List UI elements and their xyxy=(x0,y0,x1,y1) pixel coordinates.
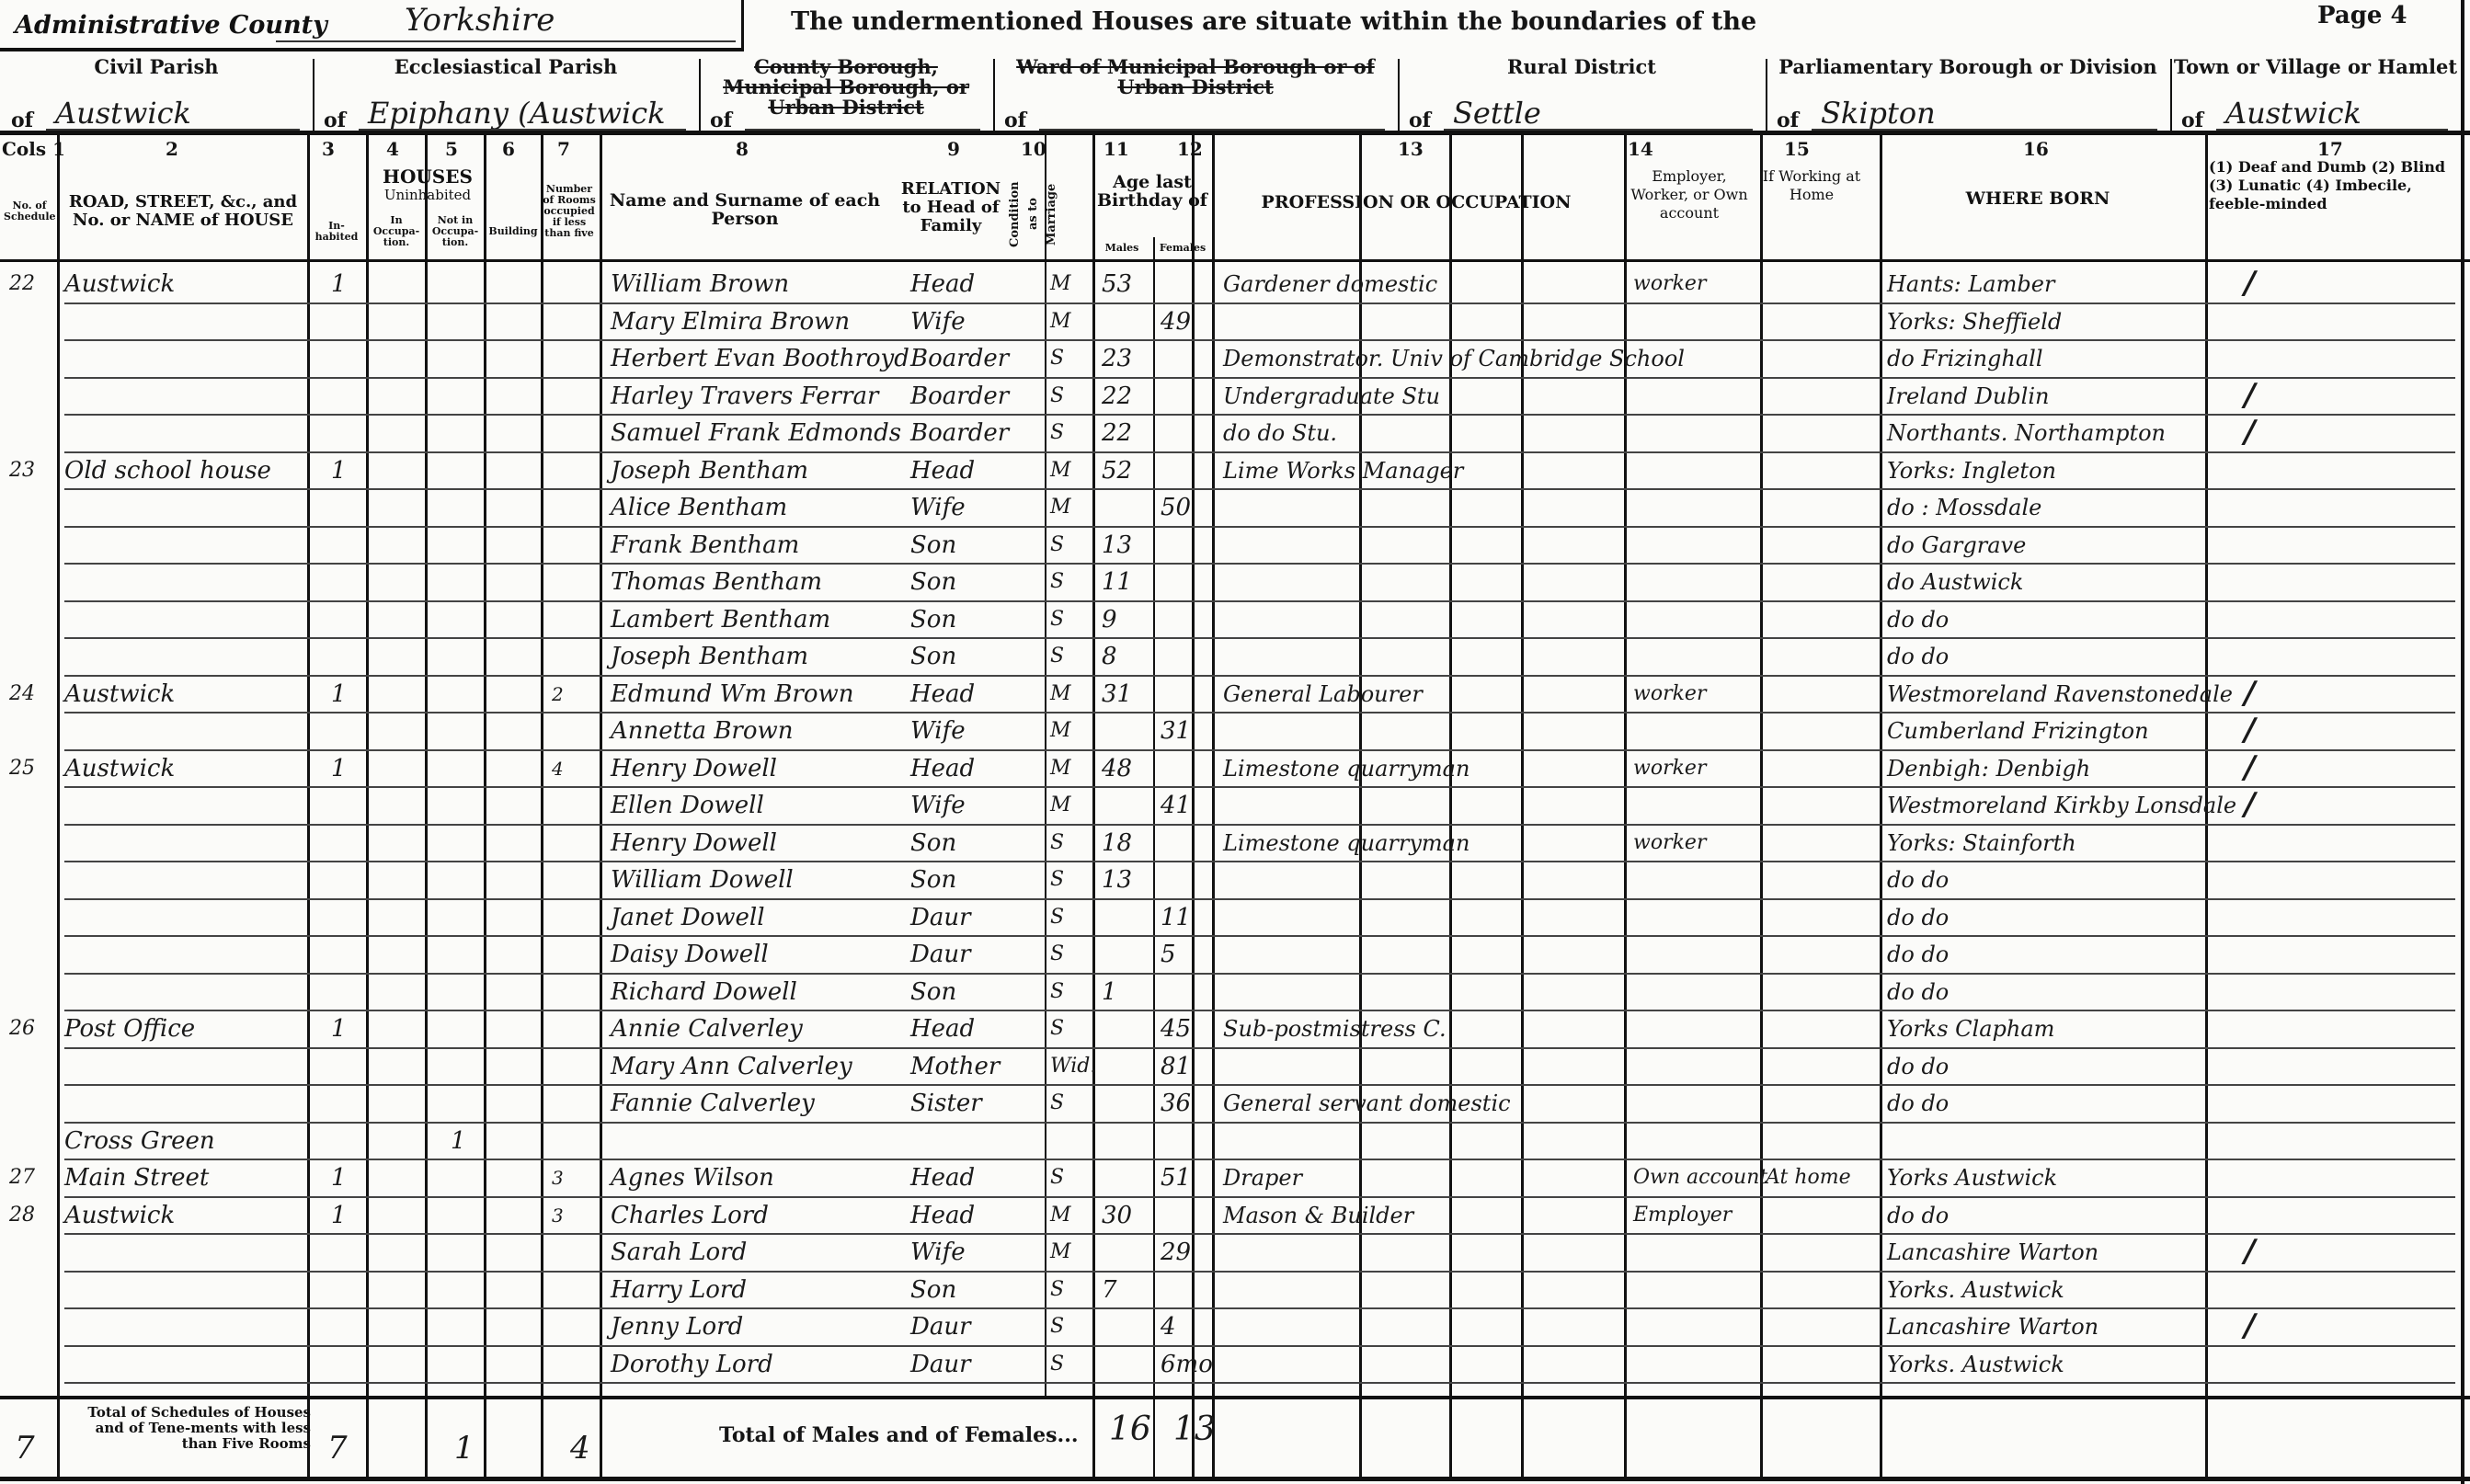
header-field-label: Ecclesiastical Parish xyxy=(313,57,699,77)
header-field-label: County Borough, Municipal Borough, or Ur… xyxy=(699,57,993,118)
census-row: 23Old school house1Joseph BenthamHeadM52… xyxy=(0,455,2470,493)
admin-county-value: Yorkshire xyxy=(405,2,555,39)
male-age: 13 xyxy=(1102,866,1132,894)
inhabited-count: 1 xyxy=(331,1202,347,1229)
male-age: 22 xyxy=(1102,419,1132,447)
row-rule xyxy=(64,1084,2455,1086)
header-field-of: of xyxy=(710,108,732,132)
female-age: 51 xyxy=(1161,1164,1191,1192)
birthplace: Yorks Clapham xyxy=(1887,1015,2054,1043)
birthplace: Westmoreland Kirkby Lonsdale xyxy=(1887,792,2236,819)
header-field-value: Skipton xyxy=(1821,96,1936,131)
rooms-count: 2 xyxy=(552,680,564,708)
census-row: Harley Travers FerrarBoarderS22Undergrad… xyxy=(0,381,2470,418)
schedule-number: 26 xyxy=(9,1015,35,1043)
marital-condition: S xyxy=(1050,904,1064,931)
census-row: Frank BenthamSonS13do Gargrave xyxy=(0,530,2470,567)
relation: Head xyxy=(910,680,975,708)
occupation: Limestone quarryman xyxy=(1223,755,1469,782)
birthplace: do : Mossdale xyxy=(1887,494,2041,521)
occupation: Gardener domestic xyxy=(1223,270,1437,298)
relation: Head xyxy=(910,270,975,298)
birthplace: do Gargrave xyxy=(1887,531,2026,559)
birthplace: Northants. Northampton xyxy=(1887,419,2166,447)
female-age: 50 xyxy=(1161,494,1191,521)
occupation: Draper xyxy=(1223,1164,1302,1192)
header-field-of: of xyxy=(324,108,346,132)
relation: Son xyxy=(910,1276,956,1304)
relation: Head xyxy=(910,755,975,782)
census-row: Fannie CalverleySisterS36General servant… xyxy=(0,1088,2470,1125)
person-name: Agnes Wilson xyxy=(611,1164,774,1192)
marital-condition: S xyxy=(1050,345,1064,372)
infirmity-tick-mark: / xyxy=(2244,265,2255,302)
schedule-number: 23 xyxy=(9,457,35,485)
census-row: Harry LordSonS7Yorks. Austwick xyxy=(0,1274,2470,1312)
relation: Wife xyxy=(910,494,966,521)
relation: Sister xyxy=(910,1090,982,1117)
col-relation-header: RELATION to Head of Family xyxy=(899,180,1002,235)
relation: Boarder xyxy=(910,345,1009,372)
marital-condition: M xyxy=(1050,755,1071,782)
column-number: 9 xyxy=(947,138,960,160)
birthplace: do do xyxy=(1887,1202,1949,1229)
person-name: Joseph Bentham xyxy=(611,457,808,485)
census-row: Jenny LordDaurS4Lancashire Warton xyxy=(0,1311,2470,1349)
birthplace: Yorks: Stainforth xyxy=(1887,829,2076,857)
header-field-1: Ecclesiastical ParishofEpiphany (Austwic… xyxy=(313,53,699,134)
row-rule xyxy=(64,1345,2455,1347)
employment-status: Employer xyxy=(1633,1202,1732,1229)
birthplace: Denbigh: Denbigh xyxy=(1887,755,2090,782)
infirmity-tick-mark: / xyxy=(2244,414,2255,451)
header-field-3: Ward of Municipal Borough or of Urban Di… xyxy=(993,53,1398,134)
census-row: Richard DowellSonS1do do xyxy=(0,976,2470,1014)
male-age: 11 xyxy=(1102,568,1132,596)
census-row: Janet DowellDaurS11do do xyxy=(0,902,2470,940)
person-name: Henry Dowell xyxy=(611,829,777,857)
birthplace: do do xyxy=(1887,1053,1949,1080)
column-number: 17 xyxy=(2317,138,2343,160)
person-name: Frank Bentham xyxy=(611,531,799,559)
relation: Daur xyxy=(910,1351,971,1378)
birthplace: Lancashire Warton xyxy=(1887,1313,2098,1341)
col-inhabited-header: In-habited xyxy=(309,221,364,243)
col-males-header: Males xyxy=(1094,243,1149,254)
rooms-count: 3 xyxy=(552,1164,564,1192)
row-rule xyxy=(64,861,2455,862)
header-field-label: Rural District xyxy=(1398,57,1766,77)
schedule-number: 24 xyxy=(9,680,35,708)
infirmity-tick-mark: / xyxy=(2244,712,2255,748)
marital-condition: M xyxy=(1050,680,1071,708)
column-number: 7 xyxy=(557,138,570,160)
person-name: Mary Elmira Brown xyxy=(611,308,850,336)
marital-condition: M xyxy=(1050,792,1071,819)
person-name: Dorothy Lord xyxy=(611,1351,773,1378)
census-page: Administrative County Yorkshire The unde… xyxy=(0,0,2470,1484)
schedule-number: 28 xyxy=(9,1202,35,1229)
male-age: 31 xyxy=(1102,680,1132,708)
occupation: Mason & Builder xyxy=(1223,1202,1413,1229)
header-field-value: Epiphany (Austwick xyxy=(368,96,666,131)
employment-status: worker xyxy=(1633,270,1706,298)
marital-condition: M xyxy=(1050,494,1071,521)
total-schedules: 7 xyxy=(15,1434,35,1462)
occupation: Lime Works Manager xyxy=(1223,457,1463,485)
male-age: 9 xyxy=(1102,606,1117,634)
census-row: Lambert BenthamSonS9do do xyxy=(0,604,2470,642)
address: Post Office xyxy=(64,1015,195,1043)
marital-condition: S xyxy=(1050,978,1064,1006)
total-rooms: 4 xyxy=(570,1434,590,1462)
census-row: Sarah LordWifeM29Lancashire Warton xyxy=(0,1237,2470,1274)
female-age: 4 xyxy=(1161,1313,1176,1341)
row-rule xyxy=(64,600,2455,602)
marital-condition: S xyxy=(1050,1351,1064,1378)
address: Main Street xyxy=(64,1164,209,1192)
female-age: 41 xyxy=(1161,792,1191,819)
relation: Son xyxy=(910,568,956,596)
inhabited-count: 1 xyxy=(331,270,347,298)
total-persons-label: Total of Males and of Females... xyxy=(719,1421,1079,1449)
relation: Wife xyxy=(910,1239,966,1266)
person-name: Annetta Brown xyxy=(611,717,794,745)
header-field-label: Town or Village or Hamlet xyxy=(2170,57,2461,77)
col-occupation-header: PROFESSION OR OCCUPATION xyxy=(1223,193,1609,211)
relation: Boarder xyxy=(910,419,1009,447)
male-age: 48 xyxy=(1102,755,1132,782)
census-row: 22Austwick1William BrownHeadM53Gardener … xyxy=(0,268,2470,306)
marital-condition: M xyxy=(1050,1202,1071,1229)
census-row: 25Austwick14Henry DowellHeadM48Limestone… xyxy=(0,753,2470,791)
census-row: 28Austwick13Charles LordHeadM30Mason & B… xyxy=(0,1200,2470,1238)
row-rule xyxy=(64,526,2455,528)
column-number: 12 xyxy=(1177,138,1203,160)
marital-condition: S xyxy=(1050,866,1064,894)
census-row: 27Main Street13Agnes WilsonHeadS51Draper… xyxy=(0,1162,2470,1200)
marital-condition: M xyxy=(1050,717,1071,745)
column-number: 14 xyxy=(1628,138,1653,160)
row-rule xyxy=(64,1271,2455,1273)
row-rule xyxy=(64,1382,2455,1384)
male-age: 1 xyxy=(1102,978,1117,1006)
marital-condition: S xyxy=(1050,1164,1064,1192)
relation: Daur xyxy=(910,904,971,931)
col-road-header: ROAD, STREET, &c., and No. or NAME of HO… xyxy=(63,193,303,230)
marital-condition: M xyxy=(1050,308,1071,336)
birthplace: Yorks. Austwick xyxy=(1887,1276,2064,1304)
marital-condition: S xyxy=(1050,419,1064,447)
address: Austwick xyxy=(64,270,175,298)
row-rule xyxy=(64,935,2455,937)
row-rule xyxy=(64,898,2455,900)
address: Old school house xyxy=(64,457,271,485)
page-number: Page 4 xyxy=(2317,2,2407,29)
census-row: Thomas BenthamSonS11do Austwick xyxy=(0,566,2470,604)
census-row: William DowellSonS13do do xyxy=(0,864,2470,902)
rooms-count: 3 xyxy=(552,1202,564,1229)
birthplace: do do xyxy=(1887,978,1949,1006)
employment-status: worker xyxy=(1633,829,1706,857)
census-row: Annetta BrownWifeM31Cumberland Frizingto… xyxy=(0,715,2470,753)
header-field-4: Rural DistrictofSettle xyxy=(1398,53,1766,134)
address: Cross Green xyxy=(64,1127,215,1155)
total-inhabited: 7 xyxy=(327,1434,348,1462)
census-row: 26Post Office1Annie CalverleyHeadS45Sub-… xyxy=(0,1013,2470,1051)
header-field-6: Town or Village or HamletofAustwick xyxy=(2170,53,2461,134)
birthplace: do do xyxy=(1887,904,1949,931)
row-rule xyxy=(64,488,2455,490)
column-number: 13 xyxy=(1398,138,1424,160)
column-number: 3 xyxy=(322,138,335,160)
relation: Son xyxy=(910,866,956,894)
marital-condition: M xyxy=(1050,457,1071,485)
total-houses-label: Total of Schedules of Houses and of Tene… xyxy=(64,1405,311,1452)
marital-condition: S xyxy=(1050,1090,1064,1117)
totals-rule xyxy=(0,1396,2470,1399)
column-number: 2 xyxy=(166,138,178,160)
uninhabited-count: 1 xyxy=(451,1127,466,1155)
person-name: Samuel Frank Edmonds xyxy=(611,419,901,447)
census-row: Samuel Frank EdmondsBoarderS22do do Stu.… xyxy=(0,417,2470,455)
column-header-rule xyxy=(0,259,2470,262)
person-name: Fannie Calverley xyxy=(611,1090,815,1117)
header-field-of: of xyxy=(11,108,33,132)
column-number: 15 xyxy=(1784,138,1810,160)
marital-condition: S xyxy=(1050,643,1064,670)
male-age: 8 xyxy=(1102,643,1117,670)
header-field-divider xyxy=(699,59,701,131)
marital-condition: M xyxy=(1050,1239,1071,1266)
birthplace: Yorks Austwick xyxy=(1887,1164,2057,1192)
relation: Wife xyxy=(910,792,966,819)
header-field-of: of xyxy=(1409,108,1431,132)
birthplace: do do xyxy=(1887,866,1949,894)
person-name: Mary Ann Calverley xyxy=(611,1053,852,1080)
census-row: Mary Ann CalverleyMotherWid.81do do xyxy=(0,1051,2470,1089)
marital-condition: S xyxy=(1050,1313,1064,1341)
infirmity-tick-mark: / xyxy=(2244,1307,2255,1344)
birthplace: Yorks: Ingleton xyxy=(1887,457,2056,485)
person-name: William Brown xyxy=(611,270,789,298)
col-uninhabited-header: Uninhabited xyxy=(368,186,487,204)
col-employer-header: Employer, Worker, or Own account xyxy=(1622,167,1756,223)
female-age: 6mo xyxy=(1161,1351,1213,1378)
header-field-2: County Borough, Municipal Borough, or Ur… xyxy=(699,53,993,134)
census-row: Alice BenthamWifeM50do : Mossdale xyxy=(0,492,2470,530)
person-name: Thomas Bentham xyxy=(611,568,822,596)
row-rule xyxy=(64,303,2455,304)
total-males: 16 xyxy=(1109,1416,1151,1444)
marital-condition: S xyxy=(1050,382,1064,410)
occupation: Undergraduate Stu xyxy=(1223,382,1440,410)
person-name: Janet Dowell xyxy=(611,904,765,931)
col-schedule-header: No. of Schedule xyxy=(4,200,55,223)
male-age: 7 xyxy=(1102,1276,1117,1304)
census-row: Herbert Evan BoothroydBoarderS23Demonstr… xyxy=(0,343,2470,381)
row-rule xyxy=(64,1196,2455,1198)
relation: Head xyxy=(910,457,975,485)
male-age: 22 xyxy=(1102,382,1132,410)
person-name: Alice Bentham xyxy=(611,494,787,521)
relation: Son xyxy=(910,606,956,634)
row-rule xyxy=(64,712,2455,713)
col-infirmity-header: (1) Deaf and Dumb (2) Blind (3) Lunatic … xyxy=(2209,158,2457,213)
male-age: 52 xyxy=(1102,457,1132,485)
infirmity-tick-mark: / xyxy=(2244,749,2255,786)
relation: Son xyxy=(910,978,956,1006)
birthplace: Yorks. Austwick xyxy=(1887,1351,2064,1378)
address: Austwick xyxy=(64,755,175,782)
birthplace: do do xyxy=(1887,643,1949,670)
schedule-number: 25 xyxy=(9,755,35,782)
birthplace: Hants: Lamber xyxy=(1887,270,2054,298)
row-rule xyxy=(64,749,2455,751)
person-name: Ellen Dowell xyxy=(611,792,764,819)
person-name: Jenny Lord xyxy=(611,1313,743,1341)
male-age: 18 xyxy=(1102,829,1132,857)
relation: Daur xyxy=(910,941,971,968)
relation: Son xyxy=(910,531,956,559)
inhabited-count: 1 xyxy=(331,1015,347,1043)
col-in-occupation-header: In Occupa-tion. xyxy=(368,215,425,248)
inhabited-count: 1 xyxy=(331,457,347,485)
column-number: 6 xyxy=(502,138,515,160)
row-rule xyxy=(64,786,2455,788)
male-age: 30 xyxy=(1102,1202,1132,1229)
infirmity-tick-mark: / xyxy=(2244,786,2255,823)
person-name: William Dowell xyxy=(611,866,794,894)
row-rule xyxy=(64,377,2455,379)
row-rule xyxy=(64,637,2455,639)
employment-status: worker xyxy=(1633,755,1706,782)
birthplace: do Austwick xyxy=(1887,568,2023,596)
female-age: 36 xyxy=(1161,1090,1191,1117)
marital-condition: S xyxy=(1050,941,1064,968)
marital-condition: S xyxy=(1050,606,1064,634)
male-age: 23 xyxy=(1102,345,1132,372)
col-females-header: Females xyxy=(1155,243,1210,254)
col-at-home-header: If Working at Home xyxy=(1760,167,1863,204)
employment-status: worker xyxy=(1633,680,1706,708)
inhabited-count: 1 xyxy=(331,1164,347,1192)
row-rule xyxy=(64,675,2455,677)
row-rule xyxy=(64,1233,2455,1235)
birthplace: do Frizinghall xyxy=(1887,345,2043,372)
female-age: 81 xyxy=(1161,1053,1191,1080)
row-rule xyxy=(64,451,2455,453)
relation: Son xyxy=(910,829,956,857)
occupation: Demonstrator. Univ of Cambridge School xyxy=(1223,345,1685,372)
col-building-header: Building xyxy=(484,226,543,237)
person-name: Lambert Bentham xyxy=(611,606,830,634)
person-name: Richard Dowell xyxy=(611,978,797,1006)
female-age: 49 xyxy=(1161,308,1191,336)
header-field-0: Civil ParishofAustwick xyxy=(0,53,313,134)
working-at-home: At home xyxy=(1766,1164,1851,1192)
total-females: 13 xyxy=(1173,1416,1216,1444)
marital-condition: M xyxy=(1050,270,1071,298)
relation: Head xyxy=(910,1015,975,1043)
person-name: Sarah Lord xyxy=(611,1239,747,1266)
row-rule xyxy=(64,1047,2455,1049)
row-rule xyxy=(64,824,2455,826)
header-field-divider xyxy=(1766,59,1767,131)
admin-county-underline xyxy=(276,40,736,42)
person-name: Joseph Bentham xyxy=(611,643,808,670)
person-name: Harry Lord xyxy=(611,1276,747,1304)
census-row: Daisy DowellDaurS5do do xyxy=(0,939,2470,976)
person-name: Daisy Dowell xyxy=(611,941,769,968)
birthplace: do do xyxy=(1887,606,1949,634)
marital-condition: Wid. xyxy=(1050,1053,1096,1080)
header-field-divider xyxy=(2170,59,2172,131)
address: Austwick xyxy=(64,680,175,708)
relation: Head xyxy=(910,1202,975,1229)
birthplace: Cumberland Frizington xyxy=(1887,717,2149,745)
occupation: do do Stu. xyxy=(1223,419,1337,447)
header-field-divider xyxy=(993,59,995,131)
marital-condition: S xyxy=(1050,568,1064,596)
header-field-of: of xyxy=(1004,108,1026,132)
schedule-number: 27 xyxy=(9,1164,35,1192)
occupation: General servant domestic xyxy=(1223,1090,1511,1117)
person-name: Charles Lord xyxy=(611,1202,769,1229)
header-field-value: Settle xyxy=(1453,96,1541,131)
census-row: Joseph BenthamSonS8do do xyxy=(0,641,2470,679)
row-rule xyxy=(64,1307,2455,1309)
census-row: Henry DowellSonS18Limestone quarrymanwor… xyxy=(0,828,2470,865)
birthplace: Ireland Dublin xyxy=(1887,382,2049,410)
row-rule xyxy=(64,339,2455,341)
birthplace: do do xyxy=(1887,1090,1949,1117)
row-rule xyxy=(64,1010,2455,1011)
census-row: Mary Elmira BrownWifeM49Yorks: Sheffield xyxy=(0,306,2470,344)
census-row: Ellen DowellWifeM41Westmoreland Kirkby L… xyxy=(0,790,2470,828)
col-houses-header: HOUSES xyxy=(313,167,543,186)
column-number: 8 xyxy=(736,138,749,160)
column-number: Cols 1 xyxy=(2,138,65,160)
birthplace: do do xyxy=(1887,941,1949,968)
col-born-header: WHERE BORN xyxy=(1881,189,2194,208)
header-field-divider xyxy=(313,59,314,131)
female-age: 29 xyxy=(1161,1239,1191,1266)
person-name: Henry Dowell xyxy=(611,755,777,782)
col-not-in-occupation-header: Not in Occupa-tion. xyxy=(427,215,484,248)
female-age: 5 xyxy=(1161,941,1176,968)
relation: Wife xyxy=(910,717,966,745)
rooms-count: 4 xyxy=(552,755,564,782)
female-age: 45 xyxy=(1161,1015,1191,1043)
bottom-rule xyxy=(0,1477,2470,1481)
employment-status: Own account xyxy=(1633,1164,1767,1192)
column-number: 10 xyxy=(1021,138,1046,160)
row-rule xyxy=(64,973,2455,975)
relation: Boarder xyxy=(910,382,1009,410)
female-age: 31 xyxy=(1161,717,1191,745)
marital-condition: S xyxy=(1050,531,1064,559)
header-field-label: Civil Parish xyxy=(0,57,313,77)
schedule-number: 22 xyxy=(9,270,35,298)
person-name: Herbert Evan Boothroyd xyxy=(611,345,909,372)
marital-condition: S xyxy=(1050,1276,1064,1304)
inhabited-count: 1 xyxy=(331,680,347,708)
inhabited-count: 1 xyxy=(331,755,347,782)
marital-condition: S xyxy=(1050,1015,1064,1043)
relation: Wife xyxy=(910,308,966,336)
occupation: General Labourer xyxy=(1223,680,1423,708)
